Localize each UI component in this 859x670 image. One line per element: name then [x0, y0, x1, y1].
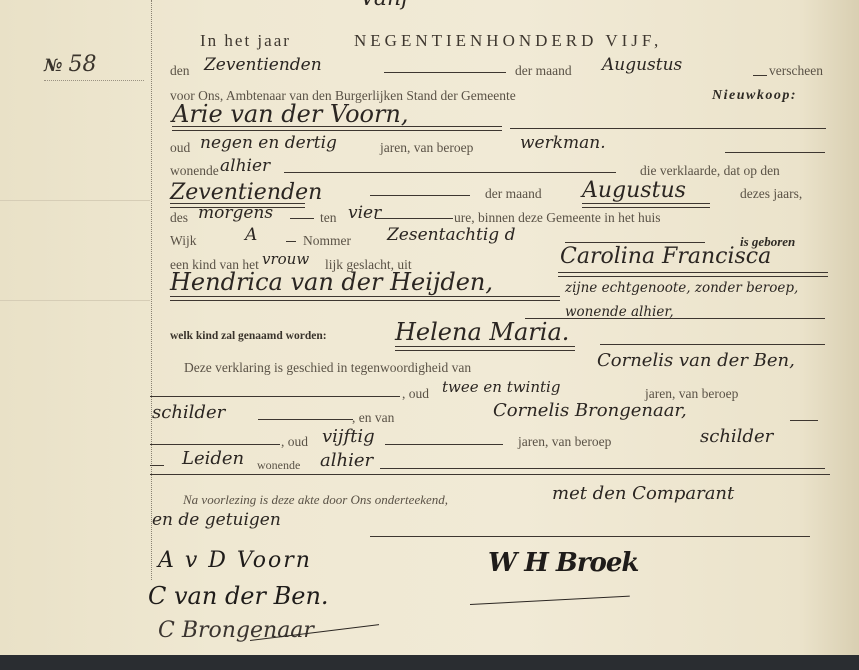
label-wonende-2: wonende — [257, 458, 300, 473]
mother-name-part2: Hendrica van der Heijden, — [170, 268, 493, 296]
label-oud: oud — [170, 140, 190, 156]
year-text: NEGENTIENHONDERD VIJF, — [354, 31, 662, 51]
label-der-maand: der maand — [515, 63, 572, 79]
fill-line — [385, 444, 503, 445]
label-jaren-beroep-3: jaren, van beroep — [518, 434, 611, 450]
fill-double-line — [395, 346, 575, 351]
witness2-age: vijftig — [322, 426, 375, 447]
margin-faint-rule — [0, 300, 150, 301]
mother-relation: zijne echtgenoote, zonder beroep, wonend… — [565, 276, 825, 324]
fill-line — [380, 468, 825, 469]
fill-line — [753, 75, 767, 76]
declarant-residence: alhier — [220, 156, 270, 176]
registration-month: Augustus — [602, 55, 682, 75]
fill-line — [725, 152, 825, 153]
act-number: №58 — [44, 52, 96, 77]
signature-underline — [470, 596, 630, 605]
registration-day: Zeventienden — [204, 55, 322, 75]
label-oud-3: , oud — [281, 434, 308, 450]
number-symbol: № — [44, 56, 62, 76]
label-wonende: wonende — [170, 163, 219, 179]
fill-line — [284, 172, 616, 173]
intro-text: In het jaar — [200, 31, 291, 51]
wijk-value: A — [245, 225, 257, 245]
label-jaren-beroep: jaren, van beroep — [380, 140, 473, 156]
label-wijk: Wijk — [170, 233, 196, 249]
fill-double-line — [172, 126, 502, 131]
fill-line — [290, 218, 314, 219]
fill-line — [525, 318, 825, 319]
witness1-occupation: schilder — [152, 402, 225, 423]
label-deze-verklaring: Deze verklaring is geschied in tegenwoor… — [184, 360, 471, 376]
child-name: Helena Maria. — [395, 318, 569, 346]
fill-line — [384, 72, 506, 73]
witness2-occupation: schilder — [700, 426, 773, 447]
label-na-voorlezing: Na voorlezing is deze akte door Ons onde… — [183, 492, 448, 508]
witness2-name: Cornelis Brongenaar, — [493, 400, 687, 421]
witness2-place: Leiden — [182, 448, 244, 469]
label-dezes-jaars: dezes jaars, — [740, 186, 802, 202]
witness1-name: Cornelis van der Ben, — [597, 350, 795, 371]
fill-line — [600, 344, 825, 345]
previous-entry-fragment: Vanf — [360, 0, 409, 11]
birth-hour: vier — [348, 203, 381, 223]
fill-line — [286, 241, 296, 242]
fill-line — [150, 465, 164, 466]
label-ure-binnen: ure, binnen deze Gemeente in het huis — [454, 210, 661, 226]
signature-witness2: C Brongenaar — [158, 618, 314, 643]
fill-line — [510, 128, 826, 129]
birth-month: Augustus — [582, 178, 686, 203]
register-page: Vanf №58 In het jaar NEGENTIENHONDERD VI… — [0, 0, 859, 655]
child-sex: vrouw — [262, 250, 309, 268]
label-ten: ten — [320, 210, 337, 226]
act-number-underline — [44, 80, 144, 81]
signature-witness1: C van der Ben. — [148, 582, 329, 610]
signature-official: W H Broek — [488, 548, 638, 578]
fill-line — [258, 419, 353, 420]
mother-name-part1: Carolina Francisca — [560, 244, 771, 269]
label-des: des — [170, 210, 188, 226]
fill-line — [150, 444, 280, 445]
fill-line — [150, 396, 400, 397]
fill-double-line — [582, 203, 710, 208]
municipality: Nieuwkoop: — [712, 88, 797, 104]
witness1-age: twee en twintig — [442, 378, 560, 396]
section-divider — [150, 474, 830, 475]
label-oud-2: , oud — [402, 386, 429, 402]
margin-dotted-rule — [151, 0, 152, 580]
label-verscheen: verscheen — [769, 63, 823, 79]
fill-double-line — [170, 296, 560, 301]
closing-text-2: en de getuigen — [152, 510, 281, 530]
witness2-residence: alhier — [320, 450, 373, 471]
birth-day: Zeventienden — [170, 180, 322, 205]
label-den: den — [170, 63, 190, 79]
declarant-occupation: werkman. — [520, 133, 606, 153]
declarant-name: Arie van der Voorn, — [172, 100, 409, 128]
fill-line — [370, 536, 810, 537]
signature-declarant: A v D Voorn — [158, 548, 312, 573]
margin-faint-rule — [0, 200, 150, 201]
declarant-age: negen en dertig — [200, 133, 337, 153]
closing-text-1: met den Comparant — [552, 483, 734, 504]
fill-line — [565, 242, 705, 243]
fill-line — [790, 420, 818, 421]
book-binding — [0, 655, 859, 670]
label-der-maand-2: der maand — [485, 186, 542, 202]
time-of-day: morgens — [198, 203, 273, 223]
label-welk-kind: welk kind zal genaamd worden: — [170, 330, 327, 342]
fill-line — [370, 195, 470, 196]
house-number: Zesentachtig d — [387, 225, 515, 245]
label-en-van: , en van — [352, 410, 394, 426]
fill-line — [375, 218, 453, 219]
label-die-verklaarde: die verklaarde, dat op den — [640, 163, 780, 179]
label-nommer: Nommer — [303, 233, 351, 249]
act-number-value: 58 — [68, 52, 96, 77]
